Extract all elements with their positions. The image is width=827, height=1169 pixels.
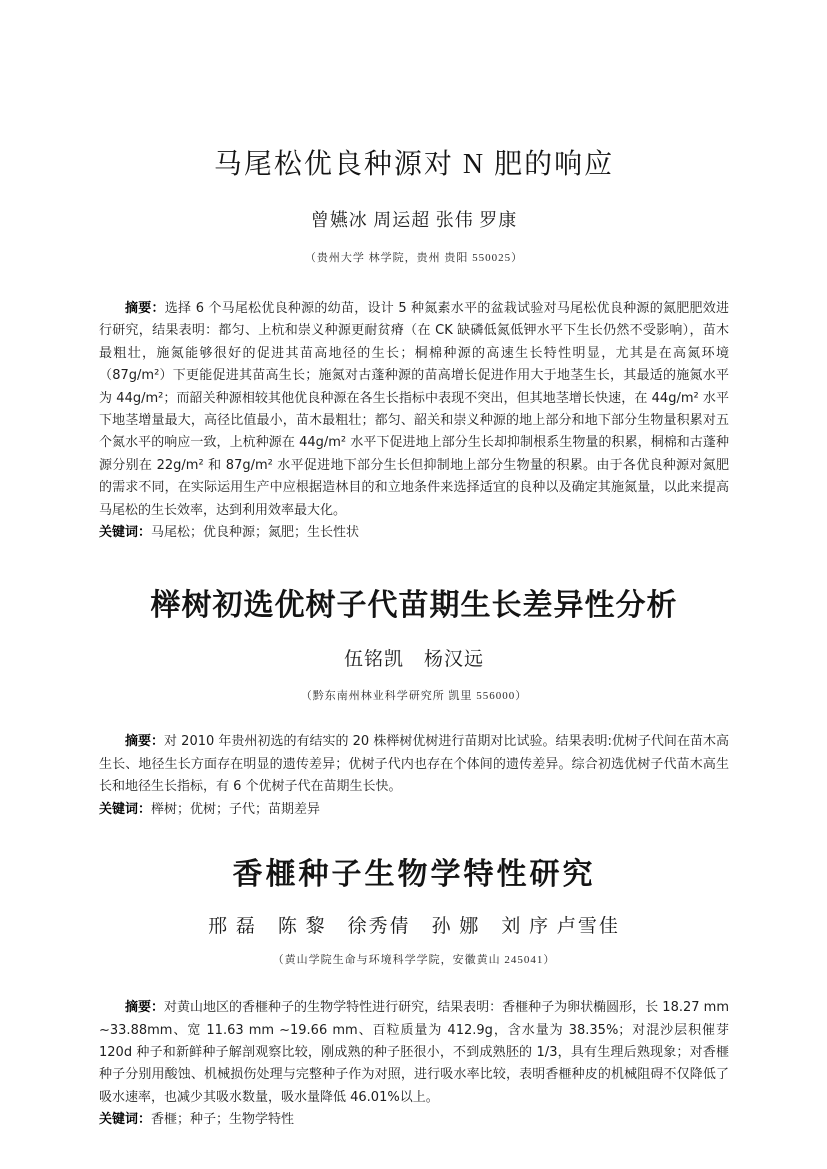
- paper-3-title: 香榧种子生物学特性研究: [99, 849, 729, 893]
- paper-2-abstract-label: 摘要：: [125, 734, 164, 749]
- paper-2: 榉树初选优树子代苗期生长差异性分析 伍铭凯 杨汉远 （黔东南州林业科学研究所 凯…: [99, 580, 729, 821]
- paper-1-title: 马尾松优良种源对 N 肥的响应: [99, 142, 729, 182]
- paper-3-abstract: 摘要：对黄山地区的香榧种子的生物学特性进行研究，结果表明：香榧种子为卵状椭圆形，…: [99, 997, 729, 1109]
- paper-2-title: 榉树初选优树子代苗期生长差异性分析: [99, 580, 729, 624]
- paper-3-abstract-text: 对黄山地区的香榧种子的生物学特性进行研究，结果表明：香榧种子为卵状椭圆形，长 1…: [99, 1000, 729, 1105]
- paper-1-keywords-label: 关键词：: [99, 525, 151, 540]
- paper-1-abstract-label: 摘要：: [125, 301, 165, 316]
- paper-2-abstract: 摘要：对 2010 年贵州初选的有结实的 20 株榉树优树进行苗期对比试验。结果…: [99, 731, 729, 798]
- paper-1-abstract-text: 选择 6 个马尾松优良种源的幼苗，设计 5 种氮素水平的盆栽试验对马尾松优良种源…: [99, 301, 729, 518]
- paper-3: 香榧种子生物学特性研究 邢 磊 陈 黎 徐秀倩 孙 娜 刘 序 卢雪佳 （黄山学…: [99, 849, 729, 1131]
- document-page: 马尾松优良种源对 N 肥的响应 曾嬿冰 周运超 张伟 罗康 （贵州大学 林学院，…: [0, 0, 827, 1169]
- paper-3-authors: 邢 磊 陈 黎 徐秀倩 孙 娜 刘 序 卢雪佳: [99, 911, 729, 938]
- paper-2-affiliation: （黔东南州林业科学研究所 凯里 556000）: [99, 687, 729, 703]
- paper-2-keywords-text: 榉树；优树；子代；苗期差异: [151, 802, 320, 817]
- paper-2-keywords-label: 关键词：: [99, 802, 151, 817]
- paper-3-keywords-text: 香榧；种子；生物学特性: [151, 1112, 294, 1127]
- paper-1-keywords: 关键词：马尾松；优良种源；氮肥；生长性状: [99, 522, 729, 544]
- paper-2-keywords: 关键词：榉树；优树；子代；苗期差异: [99, 799, 729, 821]
- paper-3-keywords-label: 关键词：: [99, 1112, 151, 1127]
- paper-1-keywords-text: 马尾松；优良种源；氮肥；生长性状: [151, 525, 359, 540]
- paper-1: 马尾松优良种源对 N 肥的响应 曾嬿冰 周运超 张伟 罗康 （贵州大学 林学院，…: [99, 142, 729, 544]
- paper-1-authors: 曾嬿冰 周运超 张伟 罗康: [99, 206, 729, 232]
- paper-1-affiliation: （贵州大学 林学院，贵州 贵阳 550025）: [99, 249, 729, 265]
- paper-3-keywords: 关键词：香榧；种子；生物学特性: [99, 1109, 729, 1131]
- paper-3-affiliation: （黄山学院生命与环境科学学院，安徽黄山 245041）: [99, 951, 729, 967]
- paper-3-abstract-label: 摘要：: [125, 1000, 164, 1015]
- paper-1-abstract: 摘要：选择 6 个马尾松优良种源的幼苗，设计 5 种氮素水平的盆栽试验对马尾松优…: [99, 298, 729, 522]
- paper-2-authors: 伍铭凯 杨汉远: [99, 644, 729, 671]
- paper-2-abstract-text: 对 2010 年贵州初选的有结实的 20 株榉树优树进行苗期对比试验。结果表明:…: [99, 734, 729, 794]
